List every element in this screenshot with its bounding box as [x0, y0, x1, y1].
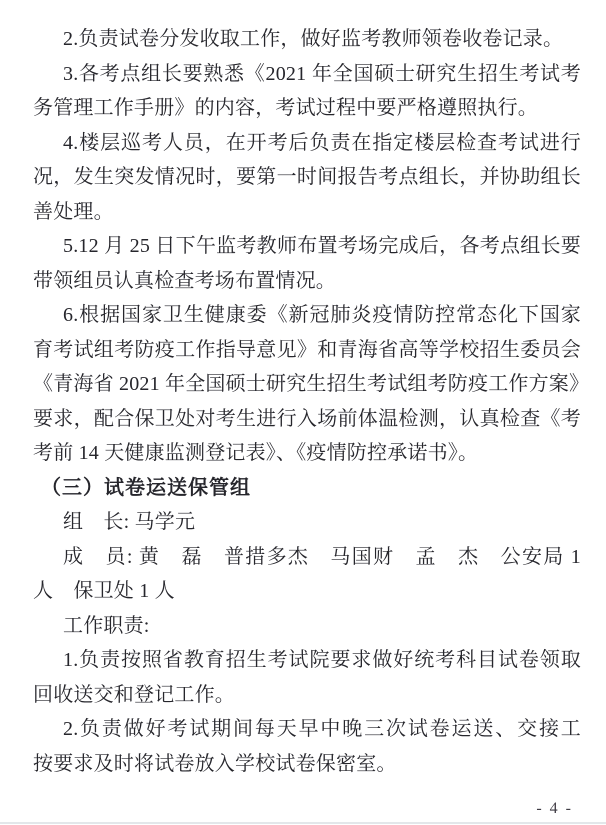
text-line: 人 保卫处 1 人 — [33, 574, 581, 609]
text-line: 考前 14 天健康监测登记表》、《疫情防控承诺书》。 — [33, 436, 581, 471]
text-line: 回收送交和登记工作。 — [33, 678, 581, 713]
text-line: 1.负责按照省教育招生考试院要求做好统考科目试卷领取 — [33, 643, 581, 678]
text-line: 工作职责: — [33, 609, 581, 644]
document-body: 2.负责试卷分发收取工作，做好监考教师领卷收卷记录。3.各考点组长要熟悉《202… — [33, 22, 581, 781]
text-line: 5.12 月 25 日下午监考教师布置考场完成后，各考点组长要 — [33, 229, 581, 264]
text-line: 6.根据国家卫生健康委《新冠肺炎疫情防控常态化下国家教 — [33, 298, 581, 333]
text-line: 育考试组考防疫工作指导意见》和青海省高等学校招生委员会 — [33, 333, 581, 368]
text-line: 按要求及时将试卷放入学校试卷保密室。 — [33, 747, 581, 782]
text-line: 《青海省 2021 年全国硕士研究生招生考试组考防疫工作方案》 — [33, 367, 581, 402]
text-line: 3.各考点组长要熟悉《2021 年全国硕士研究生招生考试考 — [33, 57, 581, 92]
text-line: 组 长: 马学元 — [33, 505, 581, 540]
document-page: 2.负责试卷分发收取工作，做好监考教师领卷收卷记录。3.各考点组长要熟悉《202… — [0, 0, 606, 825]
section-heading: （三）试卷运送保管组 — [33, 471, 581, 506]
page-footer: - 4 - — [536, 800, 573, 818]
page-number: - 4 - — [536, 800, 573, 817]
text-line: 2.负责试卷分发收取工作，做好监考教师领卷收卷记录。 — [33, 22, 581, 57]
text-line: 务管理工作手册》的内容，考试过程中要严格遵照执行。 — [33, 91, 581, 126]
text-line: 带领组员认真检查考场布置情况。 — [33, 264, 581, 299]
scan-edge-line — [0, 822, 606, 824]
text-line: 成 员: 黄 磊 普措多杰 马国财 孟 杰 公安局 1 — [33, 540, 581, 575]
text-line: 况，发生突发情况时，要第一时间报告考点组长，并协助组长妥 — [33, 160, 581, 195]
text-line: 要求，配合保卫处对考生进行入场前体温检测，认真检查《考生 — [33, 402, 581, 437]
text-line: 4.楼层巡考人员，在开考后负责在指定楼层检查考试进行情 — [33, 126, 581, 161]
text-line: 善处理。 — [33, 195, 581, 230]
text-line: 2.负责做好考试期间每天早中晚三次试卷运送、交接工作， — [33, 712, 581, 747]
